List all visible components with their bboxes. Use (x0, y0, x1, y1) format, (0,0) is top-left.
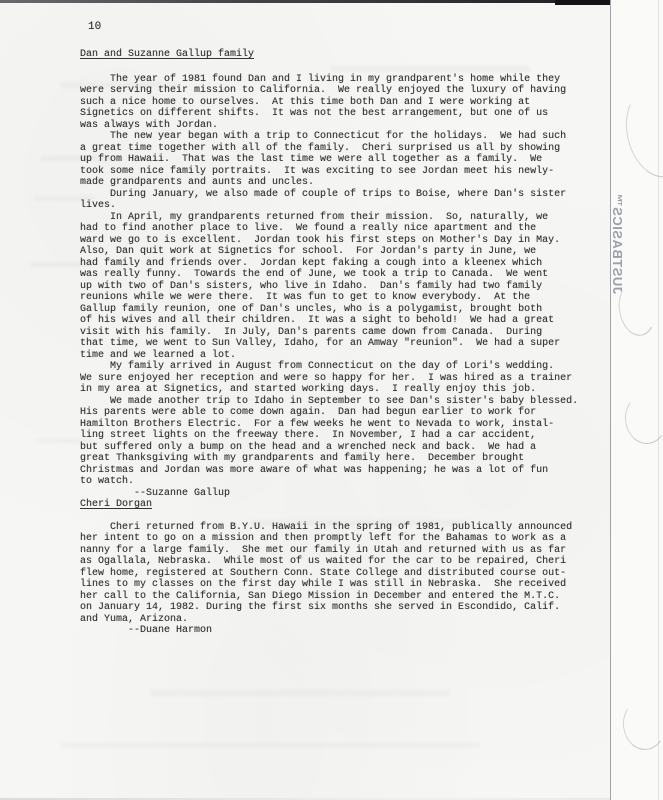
paragraph: My family arrived in August from Connect… (80, 361, 596, 396)
section-heading: Dan and Suzanne Gallup family (80, 49, 596, 61)
bleed-through-smudge (60, 742, 480, 748)
paragraph: The year of 1981 found Dan and I living … (80, 74, 596, 132)
paragraph: We made another trip to Idaho in Septemb… (80, 396, 596, 488)
paragraph: In April, my grandparents returned from … (80, 212, 596, 362)
binder-brand-text: JUSTBASICS™ (610, 193, 625, 294)
signature-line: --Duane Harmon (80, 625, 596, 637)
paragraph: During January, we also made of couple o… (80, 189, 596, 212)
binder-hole (617, 82, 663, 184)
section-cheri-dorgan: Cheri Dorgan Cheri returned from B.Y.U. … (80, 499, 596, 637)
binder-hole (620, 697, 663, 752)
paragraph: The new year began with a trip to Connec… (80, 131, 596, 189)
section-dan-and-suzanne-gallup: Dan and Suzanne Gallup family The year o… (80, 49, 596, 499)
scanned-page: 10 Dan and Suzanne Gallup family The yea… (0, 0, 663, 800)
page-number: 10 (88, 21, 101, 33)
binder-edge-strip: JUSTBASICS™ (610, 0, 663, 800)
binder-hole (623, 392, 663, 446)
section-heading: Cheri Dorgan (80, 499, 596, 511)
signature-line: --Suzanne Gallup (80, 488, 596, 500)
paragraph: Cheri returned from B.Y.U. Hawaii in the… (80, 522, 596, 626)
document-body: Dan and Suzanne Gallup family The year o… (80, 49, 596, 637)
bleed-through-smudge (150, 690, 450, 696)
